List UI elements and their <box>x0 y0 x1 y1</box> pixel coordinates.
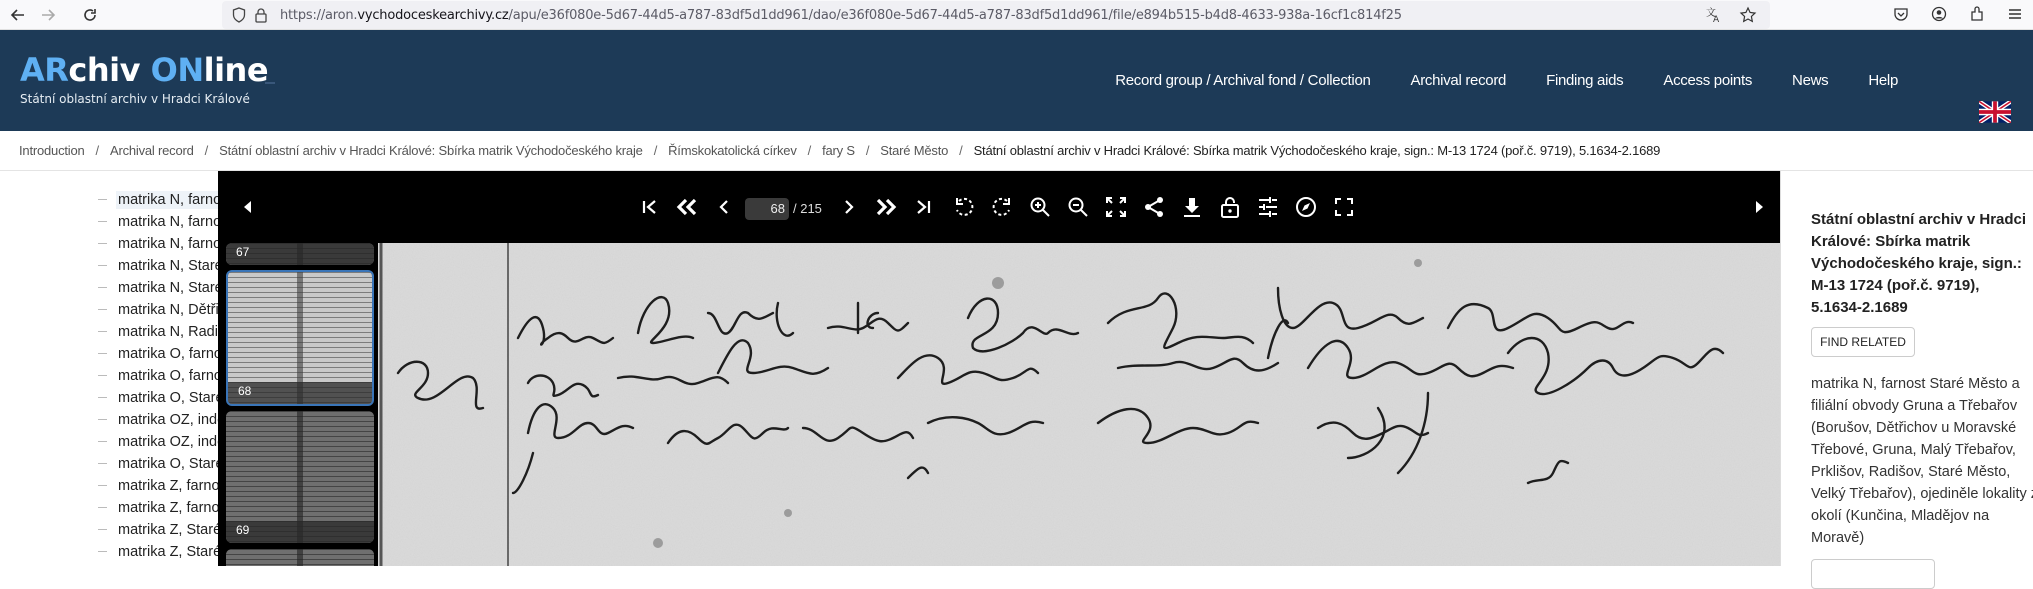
breadcrumb-current: Státní oblastní archiv v Hradci Králové:… <box>974 143 1661 158</box>
rotate-left-icon[interactable] <box>950 193 978 221</box>
tree-item[interactable]: matrika N, Staré <box>98 255 218 277</box>
thumbnail-selected[interactable]: 68 <box>226 270 374 406</box>
tree-dash <box>98 463 107 464</box>
find-related-button[interactable]: FIND RELATED <box>1811 327 1915 357</box>
fast-forward-icon[interactable] <box>872 193 900 221</box>
nav-finding-aids[interactable]: Finding aids <box>1526 72 1643 89</box>
thumbnail-page-number: 69 <box>226 521 374 543</box>
page-number-input[interactable] <box>745 198 789 220</box>
breadcrumb-archival-record[interactable]: Archival record <box>110 143 194 158</box>
thumbnail[interactable]: 67 <box>226 243 374 265</box>
tree-dash <box>98 353 107 354</box>
breadcrumb-separator: / <box>654 143 657 158</box>
logo[interactable]: ARchiv ONline Státní oblastní archiv v H… <box>20 52 268 106</box>
last-page-icon[interactable] <box>909 193 937 221</box>
tree-dash <box>98 441 107 442</box>
nav-news[interactable]: News <box>1772 72 1848 89</box>
tree-dash <box>98 397 107 398</box>
extensions-icon[interactable] <box>1967 4 1987 24</box>
star-icon[interactable] <box>1738 5 1758 25</box>
tree-dash <box>98 419 107 420</box>
nav-access-points[interactable]: Access points <box>1643 72 1772 89</box>
tree-item[interactable]: matrika O, farnost <box>98 365 218 387</box>
record-description: matrika N, farnost Staré Město a filiáln… <box>1811 373 2033 549</box>
tree-item[interactable]: matrika O, Staré <box>98 387 218 409</box>
nav-archival-record[interactable]: Archival record <box>1391 72 1527 89</box>
viewer-toolbar: / 215 <box>218 171 1780 243</box>
secondary-button[interactable] <box>1811 559 1935 566</box>
unlock-icon[interactable] <box>1216 193 1244 221</box>
adjust-icon[interactable] <box>1254 193 1282 221</box>
reload-icon[interactable] <box>78 3 102 27</box>
shield-icon[interactable] <box>230 6 248 24</box>
collapse-right-icon[interactable] <box>1745 193 1773 221</box>
tree-dash <box>98 507 107 508</box>
back-icon[interactable] <box>6 3 30 27</box>
url-text[interactable]: https://aron.vychodoceskearchivy.cz/apu/… <box>280 8 1402 23</box>
account-icon[interactable] <box>1929 4 1949 24</box>
prev-page-icon[interactable] <box>710 193 738 221</box>
thumbnail-strip[interactable]: 67 68 69 <box>226 243 376 566</box>
share-icon[interactable] <box>1140 193 1168 221</box>
tree-item[interactable]: matrika N, farnost <box>98 211 218 233</box>
record-title: Státní oblastní archiv v Hradci Králové:… <box>1811 209 2031 319</box>
logo-subtitle: Státní oblastní archiv v Hradci Králové <box>20 92 268 106</box>
thumbnail-page-number: 67 <box>226 243 374 265</box>
next-page-icon[interactable] <box>835 193 863 221</box>
zoom-out-icon[interactable] <box>1064 193 1092 221</box>
breadcrumb: Introduction / Archival record / Státní … <box>0 131 2033 171</box>
breadcrumb-introduction[interactable]: Introduction <box>19 143 85 158</box>
logo-title: ARchiv ONline <box>20 52 268 88</box>
breadcrumb-collection[interactable]: Státní oblastní archiv v Hradci Králové:… <box>219 143 643 158</box>
tree-dash <box>98 375 107 376</box>
rotate-right-icon[interactable] <box>988 193 1016 221</box>
url-bar[interactable]: https://aron.vychodoceskearchivy.cz/apu/… <box>222 1 1770 29</box>
tree-item[interactable]: matrika OZ, index <box>98 409 218 431</box>
record-tree: matrika N, farnost matrika N, farnost ma… <box>0 171 218 566</box>
tree-item[interactable]: matrika Z, farnost <box>98 475 218 497</box>
tree-item[interactable]: matrika Z, Staré <box>98 519 218 541</box>
fullscreen-icon[interactable] <box>1330 193 1358 221</box>
download-icon[interactable] <box>1178 193 1206 221</box>
compass-icon[interactable] <box>1292 193 1320 221</box>
fit-to-screen-icon[interactable] <box>1102 193 1130 221</box>
site-header: ARchiv ONline Státní oblastní archiv v H… <box>0 30 2033 131</box>
tree-item[interactable]: matrika Z, Staré <box>98 541 218 563</box>
breadcrumb-separator: / <box>96 143 99 158</box>
breadcrumb-separator: / <box>959 143 962 158</box>
thumbnail[interactable] <box>226 549 374 566</box>
breadcrumb-church[interactable]: Římskokatolická církev <box>668 143 797 158</box>
page-total: / 215 <box>793 198 822 220</box>
fast-back-icon[interactable] <box>673 193 701 221</box>
tree-item[interactable]: matrika O, farnost <box>98 343 218 365</box>
breadcrumb-separator: / <box>866 143 869 158</box>
breadcrumb-separator: / <box>808 143 811 158</box>
tree-dash <box>98 199 107 200</box>
tree-dash <box>98 265 107 266</box>
menu-icon[interactable] <box>2005 4 2025 24</box>
pocket-icon[interactable] <box>1891 4 1911 24</box>
tree-item[interactable]: matrika OZ, index <box>98 431 218 453</box>
tree-dash <box>98 243 107 244</box>
handwritten-manuscript-image <box>378 243 1780 566</box>
document-viewer: / 215 <box>218 171 1780 566</box>
tree-dash <box>98 331 107 332</box>
first-page-icon[interactable] <box>636 193 664 221</box>
nav-help[interactable]: Help <box>1848 72 1918 89</box>
breadcrumb-separator: / <box>205 143 208 158</box>
uk-flag-icon[interactable] <box>1979 101 2011 123</box>
main-nav: Record group / Archival fond / Collectio… <box>1095 72 1918 89</box>
tree-dash <box>98 485 107 486</box>
thumbnail-page-number: 68 <box>228 382 372 404</box>
decorative-dash <box>265 82 275 84</box>
nav-record-group[interactable]: Record group / Archival fond / Collectio… <box>1095 72 1390 89</box>
tree-item[interactable]: matrika N, farnost <box>98 233 218 255</box>
tree-dash <box>98 551 107 552</box>
forward-icon[interactable] <box>36 3 60 27</box>
document-image[interactable] <box>378 243 1780 566</box>
browser-toolbar: https://aron.vychodoceskearchivy.cz/apu/… <box>0 0 2033 30</box>
tree-item[interactable]: matrika Z, farnost <box>98 497 218 519</box>
tree-item[interactable]: matrika O, Staré <box>98 453 218 475</box>
breadcrumb-fary-s[interactable]: fary S <box>822 143 855 158</box>
zoom-in-icon[interactable] <box>1026 193 1054 221</box>
tree-dash <box>98 309 107 310</box>
tree-dash <box>98 221 107 222</box>
breadcrumb-stare-mesto[interactable]: Staré Město <box>880 143 948 158</box>
record-detail-panel: Státní oblastní archiv v Hradci Králové:… <box>1780 171 2033 566</box>
svg-text:A: A <box>1713 15 1720 24</box>
thumbnail[interactable]: 69 <box>226 411 374 543</box>
tree-item[interactable]: matrika N, Dětřichov <box>98 299 218 321</box>
tree-item[interactable]: matrika N, Radišov <box>98 321 218 343</box>
tree-item[interactable]: matrika N, farnost <box>98 189 218 211</box>
thumbnail-image <box>226 549 374 566</box>
tree-dash <box>98 529 107 530</box>
tree-dash <box>98 287 107 288</box>
lock-icon[interactable] <box>252 6 270 24</box>
translate-icon[interactable]: 文A <box>1704 5 1724 25</box>
tree-item[interactable]: matrika N, Staré <box>98 277 218 299</box>
collapse-left-icon[interactable] <box>234 193 262 221</box>
